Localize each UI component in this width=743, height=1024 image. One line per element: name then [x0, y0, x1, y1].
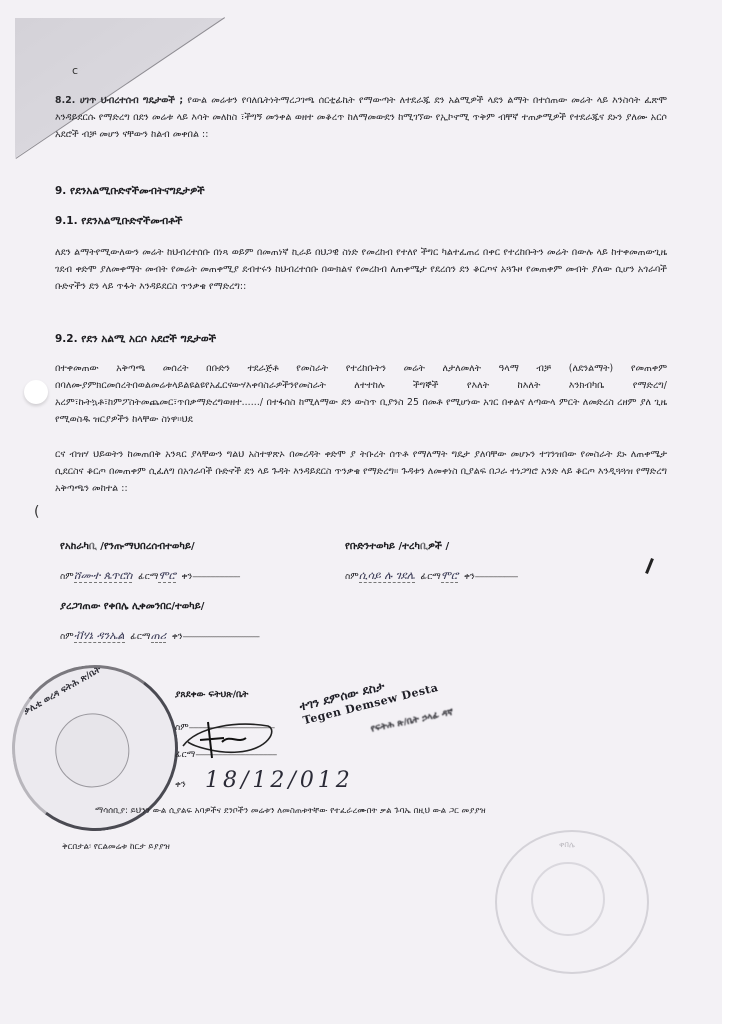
lessor-signature: ሞሮ	[158, 569, 175, 583]
approver-label: ያጸደቀው ፍትህጽ/ቤት	[175, 690, 248, 700]
section-9-heading: 9. የደንአልሚቡድኖችመብትናግዴታዎች	[55, 185, 205, 198]
corner-mark: c	[72, 64, 78, 77]
group-date-blank: -------------------	[475, 572, 518, 582]
approver-date: 18/12/012	[205, 768, 354, 793]
approver-signature-scrawl	[178, 716, 278, 760]
group-name: ሲሳይ ሉ ገደሌ	[359, 569, 415, 583]
sign-prefix: ፊርማ	[138, 572, 158, 582]
date-prefix: ቀን	[464, 572, 475, 582]
footer-line: ማሳሰቢያ: ይህንን ውል ሲያልፍ አባዎችና ደንቦችን መሬቱን ለመስ…	[95, 806, 486, 816]
official-seal-right: ቀበሌ	[495, 830, 649, 974]
section-9-1-heading: 9.1. የደንአልሚቡድኖችመብቶች	[55, 215, 183, 228]
group-signature-line: ስምሲሳይ ሉ ገደሌ ፊርማሞሮ ቀን-------------------	[345, 569, 517, 583]
verifier-signature-line: ስምቭሃኔ ዳንኤል ፊርማጠሪ ቀን---------------------…	[60, 629, 259, 643]
seal-emblem	[531, 862, 605, 936]
section-9-1-body: ለደን ልማትየሚውለውን መሬት ከህብረተሰቡ በነጻ ወይም በመጠነኛ …	[55, 244, 667, 295]
section-9-2-body-2: ርና ብዝሃ ህይወትን ከመጠበቅ አንጻር ያላቸውን ግልህ አስተዋጽኦ…	[55, 446, 667, 497]
name-prefix: ስም	[345, 572, 359, 582]
name-prefix: ስም	[60, 572, 74, 582]
seal-text: ቃሊቲ ወረዳ ፍትሕ ጽ/ቤት	[22, 665, 103, 717]
lessor-label: የአከራካቢ /የንጡማህበረሰብተወካይ/	[60, 541, 195, 552]
verifier-label: ያረጋገጠው የቀበሌ ሊቀመንበር/ተወካይ/	[60, 601, 204, 612]
lessor-signature-line: ስምሸሙተ ጴጥሮስ ፊርማሞሮ ቀን---------------------	[60, 569, 239, 583]
section-8-2-heading: 8.2. ሀገጥ ህብረተሰብ ግዴታወች ;	[55, 95, 183, 106]
verifier-name: ቭሃኔ ዳንኤል	[74, 629, 125, 643]
footer-note: ቅርበታል፡ የርልመሬቱ ከርታ ይያያዝ	[62, 842, 170, 852]
verifier-date-blank: ----------------------------------	[183, 632, 259, 642]
date-prefix: ቀን	[175, 780, 186, 790]
date-prefix: ቀን	[172, 632, 183, 642]
sign-prefix: ፊርማ	[130, 632, 150, 642]
seal-text: ቀበሌ	[559, 840, 575, 850]
name-prefix: ስም	[60, 632, 74, 642]
margin-bracket-mark: (	[34, 504, 39, 520]
section-8-2: 8.2. ሀገጥ ህብረተሰብ ግዴታወች ; የውል መሬቱን የባለቤትነት…	[55, 92, 667, 143]
seal-emblem	[51, 709, 135, 793]
verifier-signature: ጠሪ	[151, 629, 167, 643]
section-9-2-heading: 9.2. የደን አልሚ አርሶ አደሮች ግዴታወች	[55, 333, 216, 346]
group-label: የቡድንተወካይ /ተረካቢዎች /	[345, 541, 449, 552]
approver-title-stamp: የፍትሕ ጽ/ቤት ኃላፊ ዳኛ	[370, 708, 454, 735]
scan-margin	[722, 0, 743, 1024]
punch-hole	[24, 380, 48, 404]
approver-date-line: ቀን	[175, 780, 186, 790]
tick-mark	[645, 558, 654, 574]
date-prefix: ቀን	[182, 572, 193, 582]
lessor-date-blank: ---------------------	[192, 572, 239, 582]
lessor-name: ሸሙተ ጴጥሮስ	[74, 569, 133, 583]
sign-prefix: ፊርማ	[421, 572, 441, 582]
section-9-2-body-1: በተቀመጠው አቅጣጫ መሰረት በቡድን ተደራጅቶ የመስራት የተረከቡት…	[55, 360, 667, 428]
group-signature: ሞሮ	[441, 569, 458, 583]
scanned-document-page: c ( 8.2. ሀገጥ ህብረተሰብ ግዴታወች ; የውል መሬቱን የባለ…	[0, 0, 722, 1024]
